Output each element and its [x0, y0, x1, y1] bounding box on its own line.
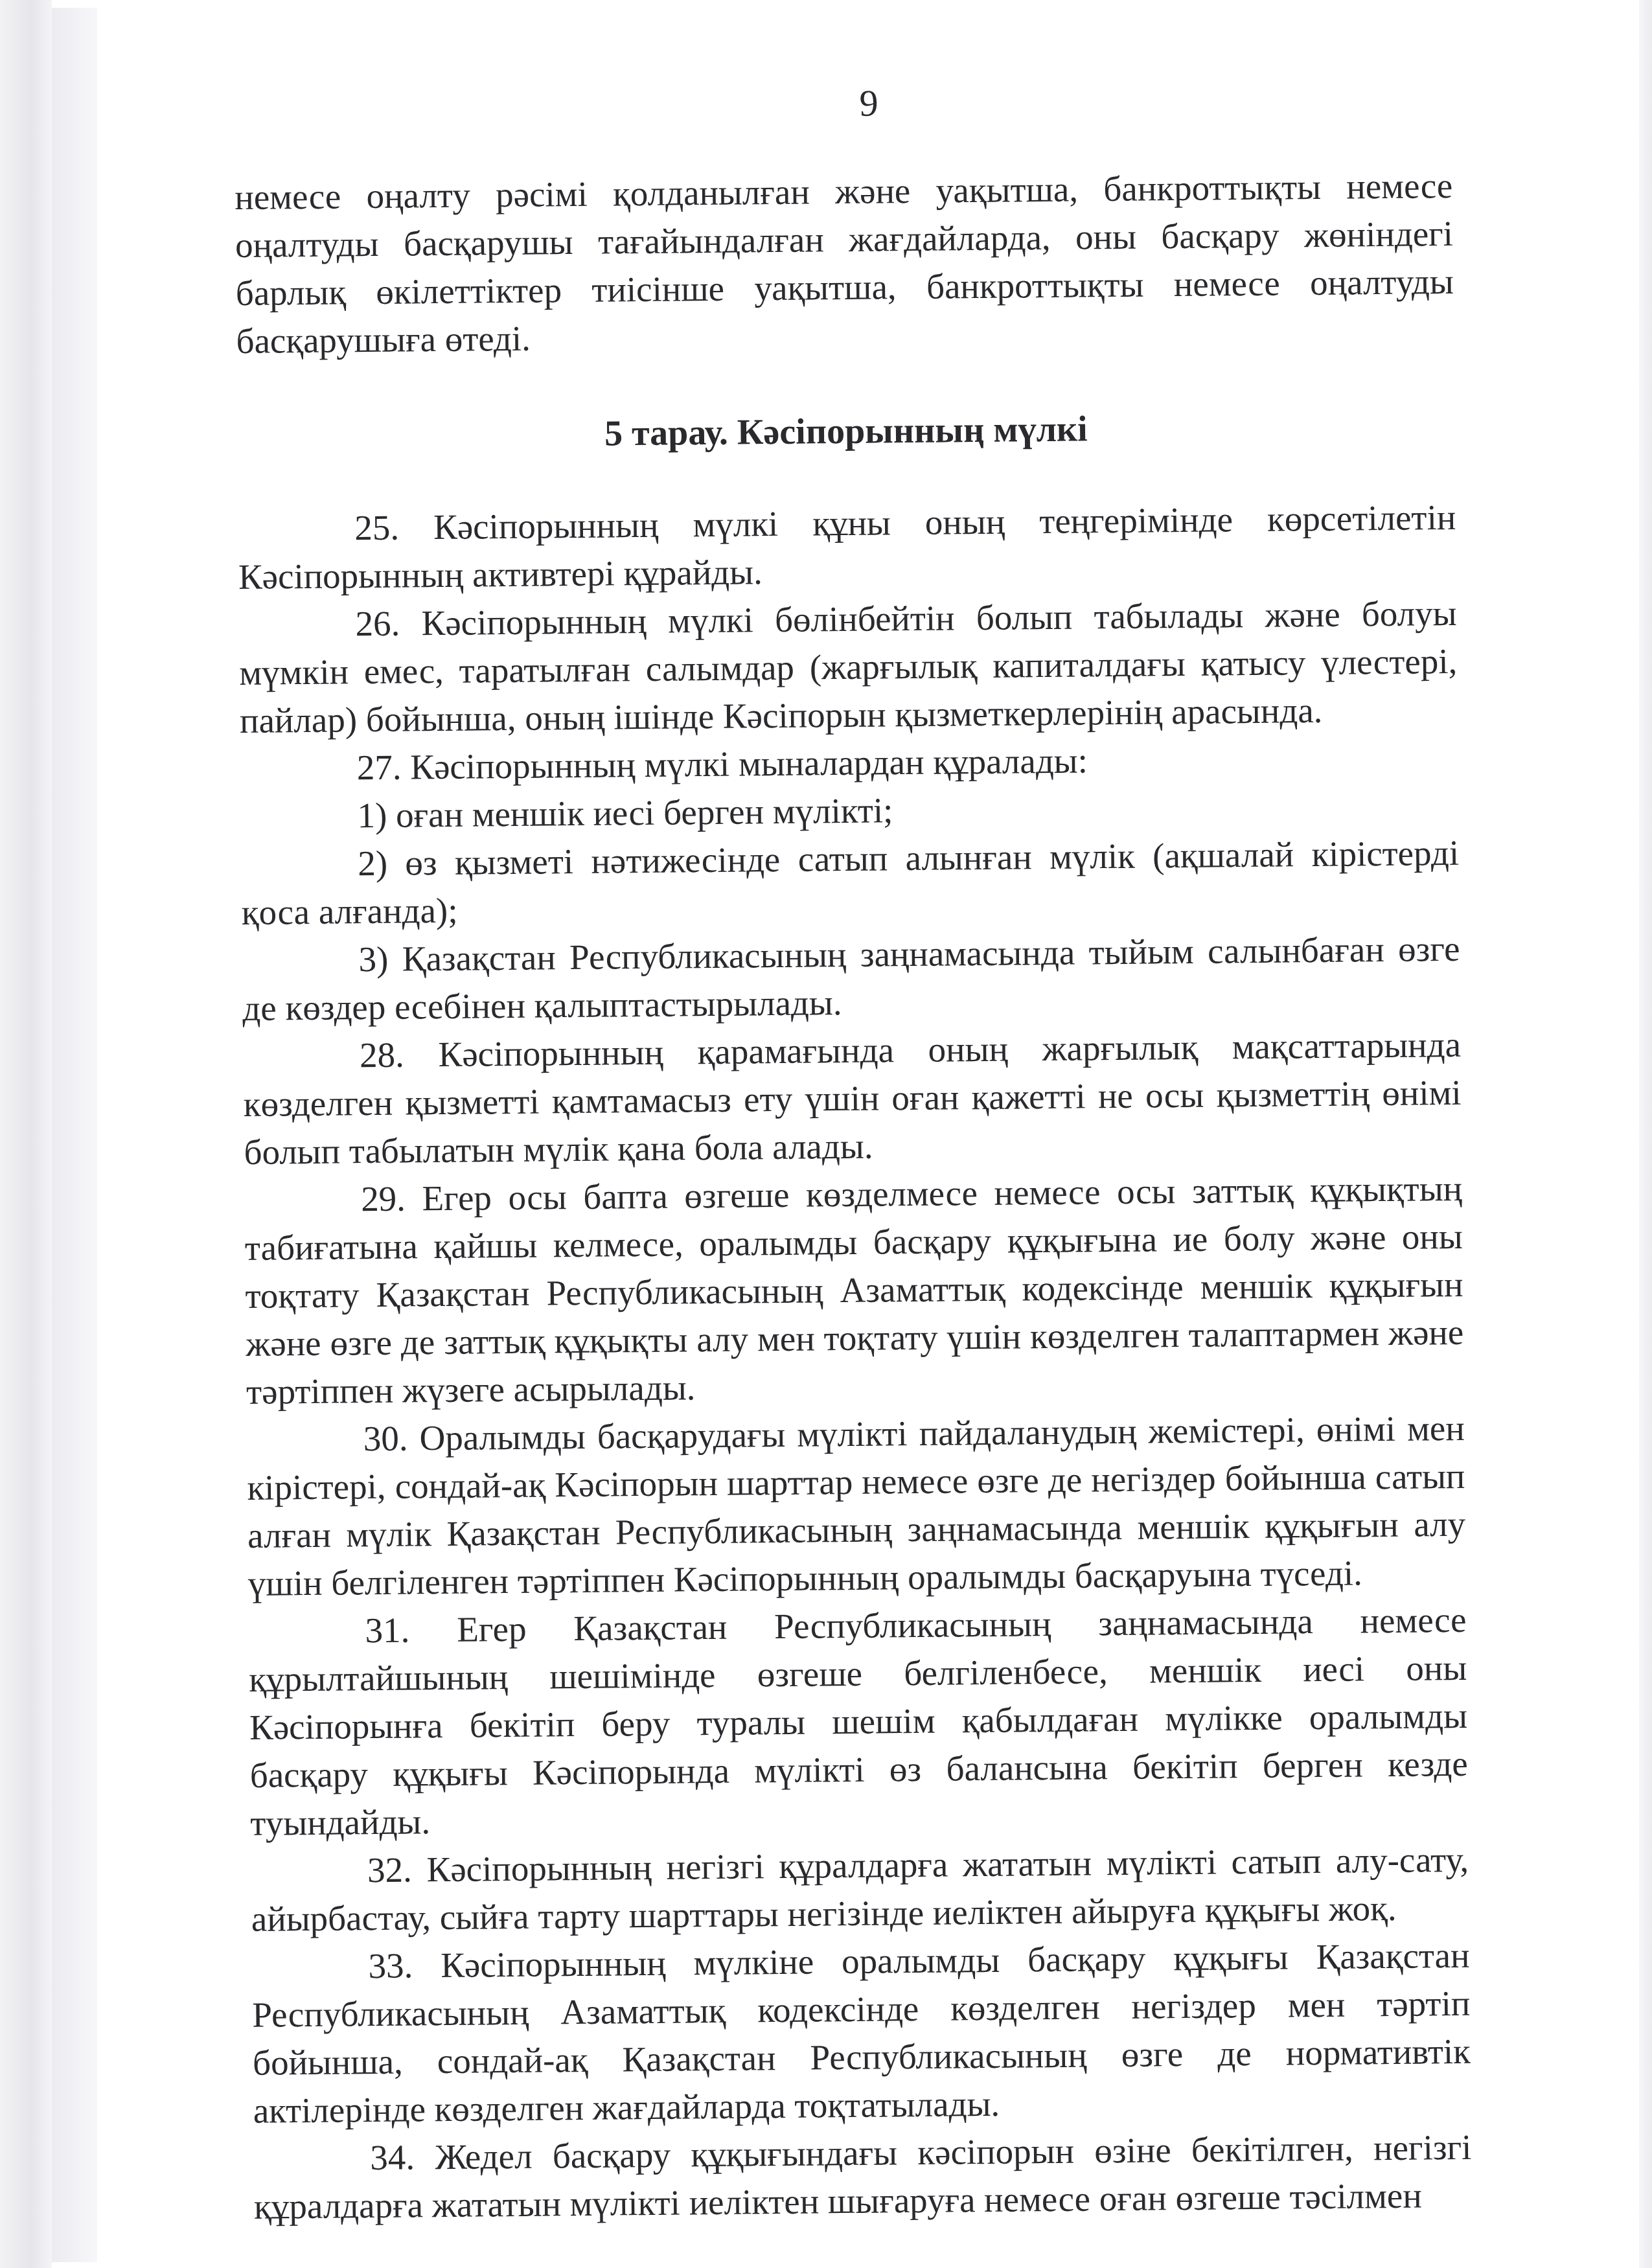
article-26: 26. Кәсіпорынның мүлкі бөлінбейтін болып… — [238, 590, 1458, 745]
chapter-title: 5 тарау. Кәсіпорынның мүлкі — [237, 402, 1456, 461]
article-29: 29. Егер осы бапта өзгеше көзделмесе нем… — [244, 1165, 1464, 1416]
scan-left-margin-shadow — [0, 0, 52, 2268]
article-28: 28. Кәсіпорынның қарамағында оның жарғыл… — [243, 1021, 1462, 1176]
article-32: 32. Кәсіпорынның негізгі құралдарға жата… — [251, 1836, 1469, 1943]
scan-right-margin-shadow — [1639, 0, 1652, 2268]
page-number: 9 — [234, 79, 1452, 128]
article-33: 33. Кәсіпорынның мүлкіне оралымды басқар… — [251, 1932, 1471, 2135]
intro-paragraph: немесе оңалту рәсімі қолданылған және уа… — [235, 162, 1454, 365]
articles-list: 25. Кәсіпорынның мүлкі құны оның теңгері… — [238, 494, 1472, 2231]
article-27-item-2: 2) өз қызметі нәтижесінде сатып алынған … — [241, 829, 1460, 937]
article-34: 34. Жедел басқару құқығындағы кәсіпорын … — [253, 2124, 1472, 2231]
article-30: 30. Оралымды басқарудағы мүлікті пайдала… — [246, 1404, 1466, 1608]
document-page: 9 немесе оңалту рәсімі қолданылған және … — [233, 27, 1472, 2231]
article-27-item-3: 3) Қазақстан Республикасының заңнамасынд… — [242, 925, 1460, 1033]
scan-binding-shadow — [52, 8, 97, 2262]
article-31: 31. Егер Қазақстан Республикасының заңна… — [248, 1596, 1468, 1848]
article-25: 25. Кәсіпорынның мүлкі құны оның теңгері… — [238, 494, 1456, 601]
